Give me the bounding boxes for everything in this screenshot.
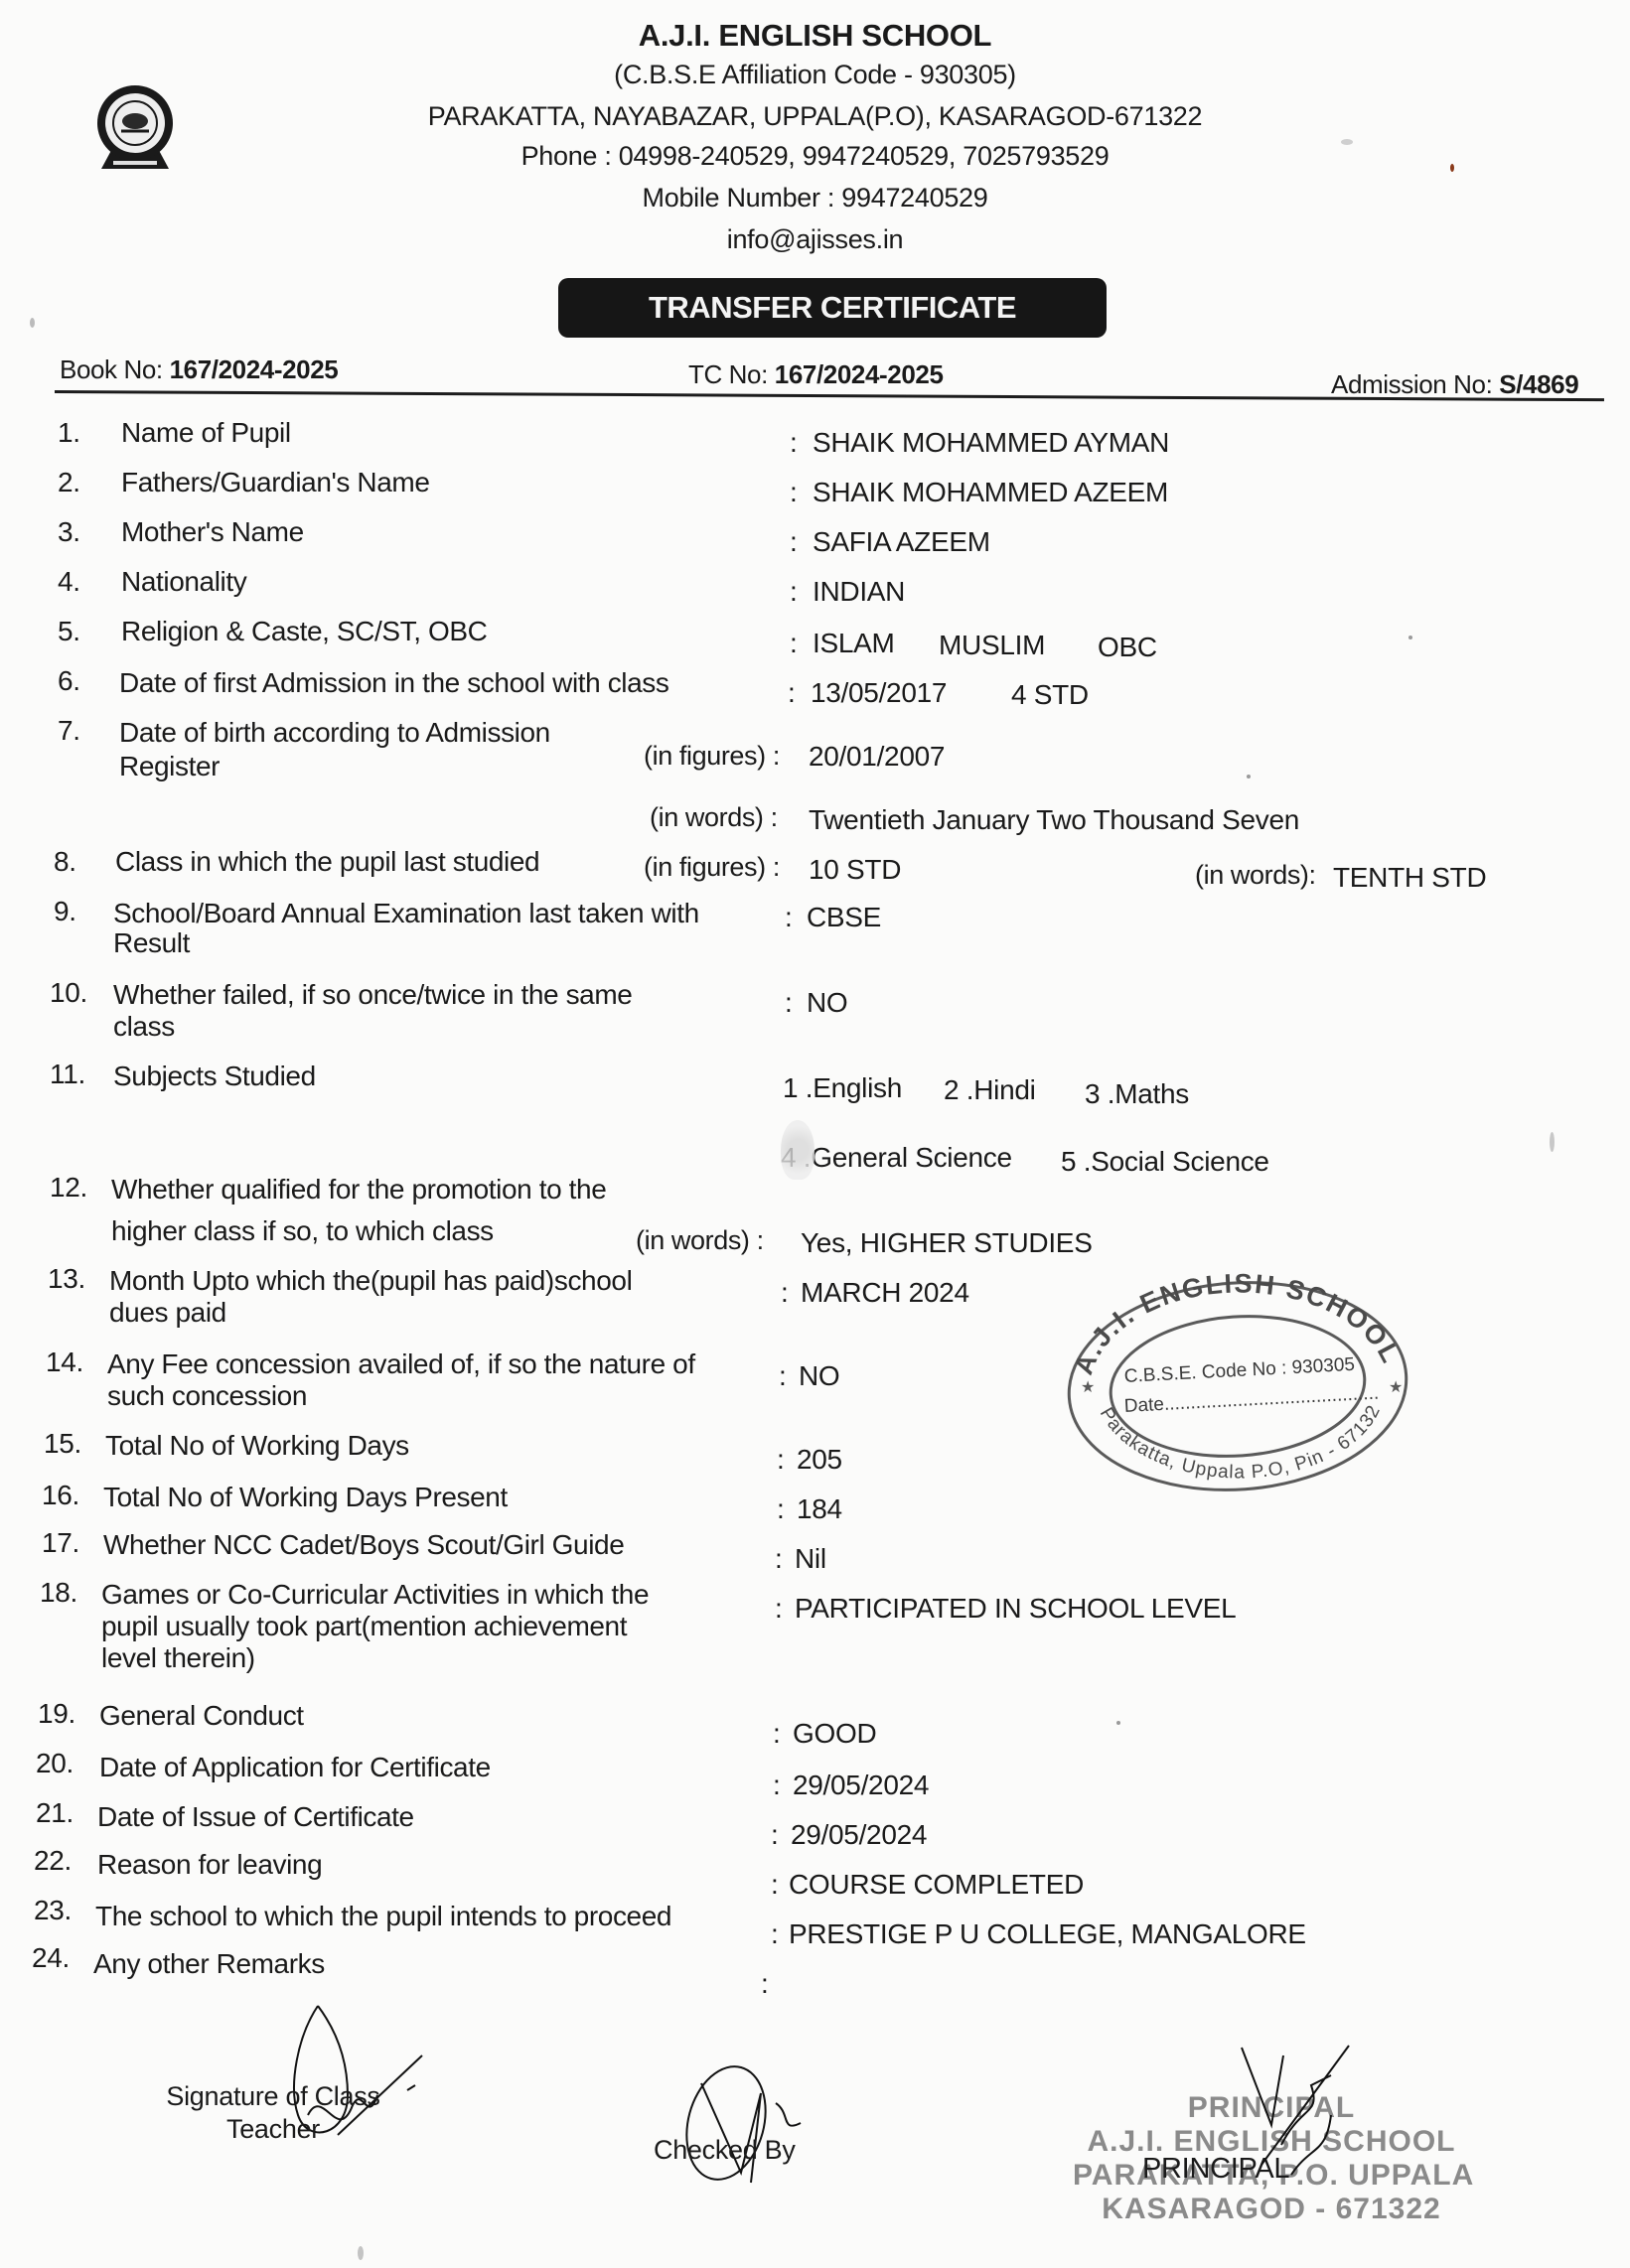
field-label-issue-date: Date of Issue of Certificate bbox=[97, 1801, 414, 1833]
school-name: A.J.I. ENGLISH SCHOOL bbox=[0, 18, 1630, 54]
field-separator: : bbox=[773, 1770, 780, 1801]
field-label-promotion: Whether qualified for the promotion to t… bbox=[111, 1174, 606, 1205]
field-value-application-date: 29/05/2024 bbox=[793, 1770, 929, 1801]
field-label-exam: School/Board Annual Examination last tak… bbox=[113, 898, 699, 929]
field-label-subjects: Subjects Studied bbox=[113, 1061, 316, 1092]
last-class-words-label: (in words): bbox=[1195, 860, 1316, 891]
field-value-mother-name: SAFIA AZEEM bbox=[813, 526, 990, 558]
checked-by-signature-mark bbox=[681, 2063, 820, 2197]
item-number: 24. bbox=[32, 1942, 70, 1974]
item-number: 1. bbox=[58, 417, 80, 449]
field-value-religion: ISLAM bbox=[813, 628, 895, 659]
field-label-name-of-pupil: Name of Pupil bbox=[121, 417, 291, 449]
admission-number-value: S/4869 bbox=[1499, 369, 1578, 399]
item-number: 16. bbox=[42, 1480, 79, 1511]
checked-by-label: Checked By bbox=[654, 2135, 796, 2166]
field-label-failed: Whether failed, if so once/twice in the … bbox=[113, 979, 632, 1011]
item-number: 12. bbox=[50, 1172, 87, 1204]
scan-speck bbox=[30, 318, 35, 328]
field-label-concession-cont: such concession bbox=[107, 1380, 307, 1412]
field-separator: : bbox=[790, 477, 797, 508]
watermark-crest-icon bbox=[781, 1120, 815, 1180]
subject-item: 5 .Social Science bbox=[1061, 1146, 1269, 1178]
field-value-dob-figures: 20/01/2007 bbox=[809, 741, 945, 773]
promotion-words-label: (in words) : bbox=[636, 1225, 764, 1256]
scan-speck bbox=[1247, 775, 1251, 779]
item-number: 14. bbox=[46, 1347, 83, 1378]
field-value-last-class-figures: 10 STD bbox=[809, 854, 901, 886]
field-label-next-school: The school to which the pupil intends to… bbox=[95, 1901, 671, 1932]
school-phone: Phone : 04998-240529, 9947240529, 702579… bbox=[0, 141, 1630, 172]
field-value-category: OBC bbox=[1098, 632, 1157, 663]
field-value-promotion: Yes, HIGHER STUDIES bbox=[801, 1227, 1093, 1259]
field-separator: : bbox=[779, 1360, 786, 1392]
field-label-activities: Games or Co-Curricular Activities in whi… bbox=[101, 1579, 649, 1611]
field-value-working-days: 205 bbox=[797, 1444, 842, 1476]
item-number: 21. bbox=[36, 1797, 74, 1829]
item-number: 9. bbox=[54, 896, 76, 927]
item-number: 23. bbox=[34, 1895, 72, 1926]
admission-number: Admission No: S/4869 bbox=[1331, 369, 1578, 400]
item-number: 8. bbox=[54, 846, 76, 878]
field-label-last-class: Class in which the pupil last studied bbox=[115, 846, 539, 878]
field-label-dob-cont: Register bbox=[119, 751, 220, 782]
field-label-mother-name: Mother's Name bbox=[121, 516, 304, 548]
item-number: 18. bbox=[40, 1577, 77, 1609]
subject-item: 4 .General Science bbox=[781, 1142, 1012, 1174]
principal-signature-mark bbox=[1232, 2036, 1371, 2199]
school-mobile: Mobile Number : 9947240529 bbox=[0, 183, 1630, 213]
field-value-admission-class: 4 STD bbox=[1011, 679, 1089, 711]
field-separator: : bbox=[790, 526, 797, 558]
field-label-promotion-cont: higher class if so, to which class bbox=[111, 1215, 494, 1247]
school-address: PARAKATTA, NAYABAZAR, UPPALA(P.O), KASAR… bbox=[0, 101, 1630, 132]
item-number: 22. bbox=[34, 1845, 72, 1877]
field-value-reason: COURSE COMPLETED bbox=[789, 1869, 1084, 1901]
field-label-days-present: Total No of Working Days Present bbox=[103, 1482, 508, 1513]
last-class-figures-label: (in figures) : bbox=[644, 852, 780, 883]
field-value-activities: PARTICIPATED IN SCHOOL LEVEL bbox=[795, 1593, 1236, 1625]
scan-speck bbox=[358, 2246, 364, 2260]
item-number: 7. bbox=[58, 715, 80, 747]
field-separator: : bbox=[773, 1718, 780, 1750]
field-value-concession: NO bbox=[799, 1360, 839, 1392]
field-separator: : bbox=[777, 1493, 784, 1525]
item-number: 15. bbox=[44, 1428, 81, 1460]
field-separator: : bbox=[790, 628, 797, 659]
scan-speck bbox=[1341, 139, 1353, 145]
item-number: 2. bbox=[58, 467, 80, 498]
field-separator: : bbox=[790, 576, 797, 608]
field-label-father-name: Fathers/Guardian's Name bbox=[121, 467, 430, 498]
field-label-dues: Month Upto which the(pupil has paid)scho… bbox=[109, 1265, 632, 1297]
field-value-nationality: INDIAN bbox=[813, 576, 905, 608]
item-number: 3. bbox=[58, 516, 80, 548]
dob-words-label: (in words) : bbox=[650, 802, 778, 833]
field-label-activities-cont: pupil usually took part(mention achievem… bbox=[101, 1611, 627, 1642]
item-number: 19. bbox=[38, 1698, 75, 1730]
school-email: info@ajisses.in bbox=[0, 224, 1630, 255]
svg-text:Date..........................: Date....................................… bbox=[1123, 1383, 1379, 1417]
field-separator: : bbox=[761, 1968, 768, 2000]
field-separator: : bbox=[788, 677, 795, 709]
scan-speck bbox=[1450, 164, 1454, 172]
field-separator: : bbox=[771, 1819, 778, 1851]
class-teacher-signature-label: Signature of Class Teacher bbox=[149, 2081, 397, 2145]
field-value-last-class-words: TENTH STD bbox=[1333, 862, 1486, 894]
field-label-religion-caste: Religion & Caste, SC/ST, OBC bbox=[121, 616, 488, 647]
svg-text:★: ★ bbox=[1081, 1379, 1095, 1396]
field-label-working-days: Total No of Working Days bbox=[105, 1430, 409, 1462]
field-label-dues-cont: dues paid bbox=[109, 1297, 226, 1329]
field-value-issue-date: 29/05/2024 bbox=[791, 1819, 927, 1851]
subject-item: 2 .Hindi bbox=[944, 1074, 1036, 1106]
field-label-conduct: General Conduct bbox=[99, 1700, 304, 1732]
field-value-conduct: GOOD bbox=[793, 1718, 876, 1750]
field-label-exam-cont: Result bbox=[113, 927, 190, 959]
school-seal: A.J.I. ENGLISH SCHOOL Parakatta, Uppala … bbox=[1061, 1273, 1414, 1493]
item-number: 17. bbox=[42, 1527, 79, 1559]
field-value-dob-words: Twentieth January Two Thousand Seven bbox=[809, 804, 1299, 836]
field-separator: : bbox=[775, 1593, 782, 1625]
tc-number: TC No: 167/2024-2025 bbox=[688, 359, 944, 390]
field-label-concession: Any Fee concession availed of, if so the… bbox=[107, 1348, 695, 1380]
field-separator: : bbox=[775, 1543, 782, 1575]
field-value-failed: NO bbox=[807, 987, 847, 1019]
field-value-next-school: PRESTIGE P U COLLEGE, MANGALORE bbox=[789, 1918, 1306, 1950]
field-label-dob: Date of birth according to Admission bbox=[119, 717, 550, 749]
field-separator: : bbox=[790, 427, 797, 459]
field-label-activities-cont2: level therein) bbox=[101, 1642, 255, 1674]
field-separator: : bbox=[771, 1869, 778, 1901]
tc-number-value: 167/2024-2025 bbox=[775, 359, 944, 389]
item-number: 13. bbox=[48, 1263, 85, 1295]
certificate-title: TRANSFER CERTIFICATE bbox=[558, 278, 1107, 338]
field-separator: : bbox=[781, 1277, 788, 1309]
field-value-ncc: Nil bbox=[795, 1543, 826, 1575]
book-number-label: Book No: bbox=[60, 354, 163, 384]
field-separator: : bbox=[785, 902, 792, 933]
field-label-failed-cont: class bbox=[113, 1011, 175, 1043]
item-number: 10. bbox=[50, 977, 87, 1009]
admission-number-label: Admission No: bbox=[1331, 369, 1492, 399]
affiliation-code: (C.B.S.E Affiliation Code - 930305) bbox=[0, 60, 1630, 90]
field-value-caste: MUSLIM bbox=[939, 630, 1045, 661]
field-separator: : bbox=[777, 1444, 784, 1476]
field-label-reason: Reason for leaving bbox=[97, 1849, 322, 1881]
field-value-admission-date: 13/05/2017 bbox=[811, 677, 947, 709]
scan-speck bbox=[1550, 1132, 1555, 1152]
item-number: 20. bbox=[36, 1748, 74, 1779]
subject-item: 3 .Maths bbox=[1085, 1078, 1189, 1110]
field-value-dues: MARCH 2024 bbox=[801, 1277, 969, 1309]
field-value-days-present: 184 bbox=[797, 1493, 842, 1525]
book-number-value: 167/2024-2025 bbox=[170, 354, 339, 384]
item-number: 4. bbox=[58, 566, 80, 598]
field-label-remarks: Any other Remarks bbox=[93, 1948, 325, 1980]
class-teacher-label-line2: Teacher bbox=[149, 2114, 397, 2145]
class-teacher-label-line1: Signature of Class bbox=[149, 2081, 397, 2112]
scan-speck bbox=[1408, 636, 1412, 639]
svg-text:C.B.S.E. Code No : 930305: C.B.S.E. Code No : 930305 bbox=[1123, 1354, 1355, 1387]
field-value-father-name: SHAIK MOHAMMED AZEEM bbox=[813, 477, 1168, 508]
dob-figures-label: (in figures) : bbox=[644, 741, 780, 772]
item-number: 6. bbox=[58, 665, 80, 697]
item-number: 5. bbox=[58, 616, 80, 647]
field-separator: : bbox=[785, 987, 792, 1019]
field-label-first-admission: Date of first Admission in the school wi… bbox=[119, 667, 669, 699]
svg-text:★: ★ bbox=[1389, 1379, 1403, 1396]
book-number: Book No: 167/2024-2025 bbox=[60, 354, 338, 385]
field-separator: : bbox=[771, 1918, 778, 1950]
subject-item: 1 .English bbox=[783, 1072, 902, 1104]
field-label-application-date: Date of Application for Certificate bbox=[99, 1752, 491, 1783]
field-value-name-of-pupil: SHAIK MOHAMMED AYMAN bbox=[813, 427, 1169, 459]
field-label-nationality: Nationality bbox=[121, 566, 246, 598]
field-label-ncc: Whether NCC Cadet/Boys Scout/Girl Guide bbox=[103, 1529, 624, 1561]
field-value-exam: CBSE bbox=[807, 902, 881, 933]
item-number: 11. bbox=[50, 1059, 85, 1090]
scan-speck bbox=[1116, 1721, 1120, 1725]
tc-number-label: TC No: bbox=[688, 359, 768, 389]
